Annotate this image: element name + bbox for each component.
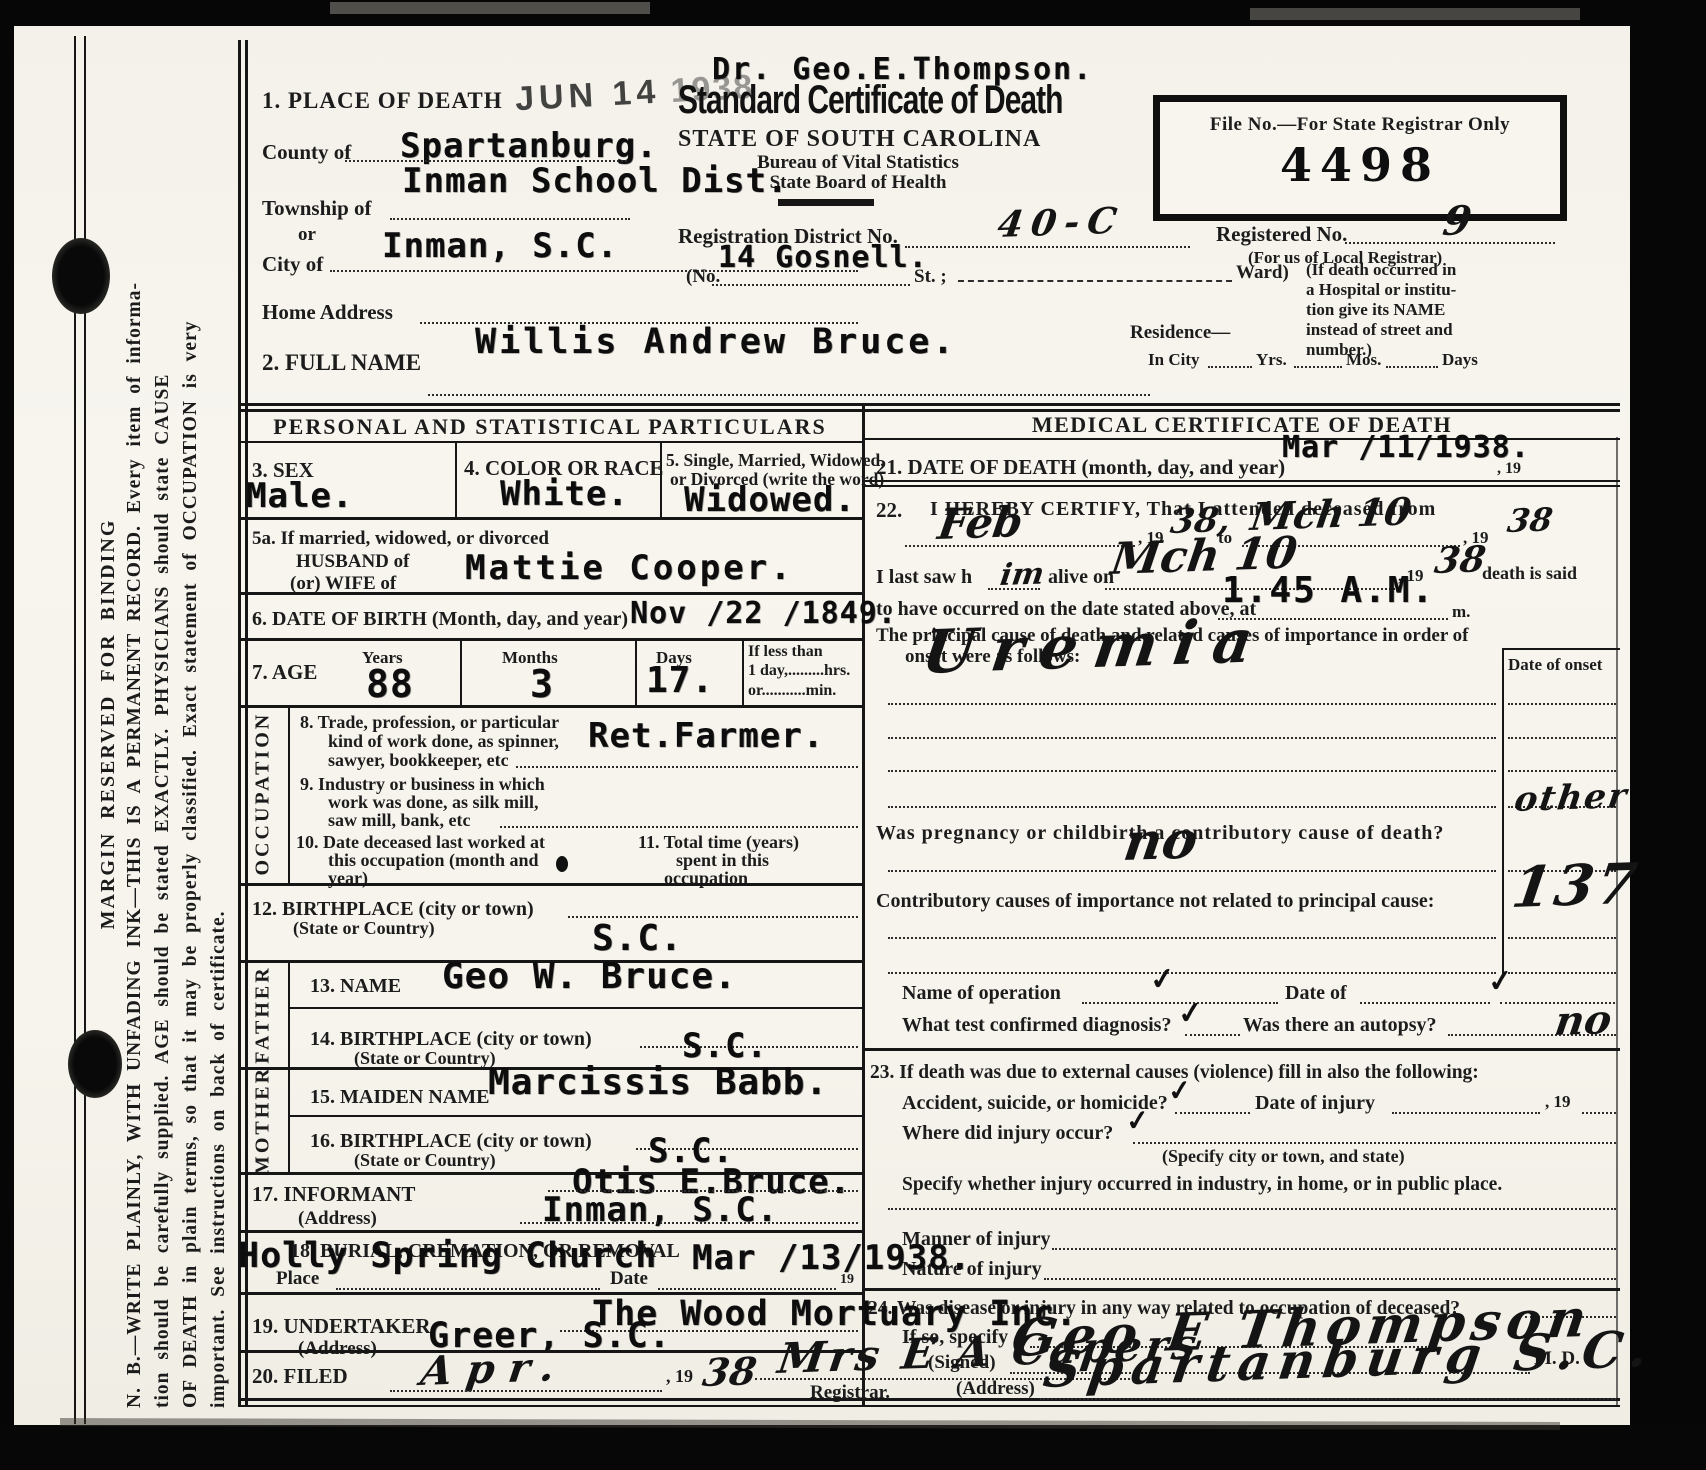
form-left-border <box>238 40 241 1406</box>
dotted-line <box>1392 1112 1540 1114</box>
sex-value: Male. <box>246 476 353 516</box>
age-years-value: 88 <box>366 662 414 706</box>
burial-place-value: Holly Spring Church <box>238 1236 657 1276</box>
st-label: St. ; <box>914 266 947 288</box>
city-label: City of <box>262 252 323 277</box>
dotted-line <box>1508 737 1616 739</box>
mother-side-label: MOTHER <box>252 1056 275 1186</box>
marital-label: 5. Single, Married, Widowed, <box>666 450 885 471</box>
to-year-value: 38 <box>1505 500 1555 540</box>
dotted-line <box>888 703 1496 705</box>
top-scan-smudge <box>330 2 650 14</box>
hospital-note-line: instead of street and <box>1306 320 1536 340</box>
hospital-note-line: (If death occurred in <box>1306 260 1536 280</box>
checkmark-icon: ✓ <box>1124 1103 1151 1139</box>
time-of-death-value: 1.45 A.M. <box>1222 570 1435 611</box>
m-label: m. <box>1452 602 1470 622</box>
mother-name-value: Marcissis Babb. <box>488 1062 828 1103</box>
last-saw-label: I last saw h <box>876 566 972 589</box>
mother-bp-sub-label: (State or Country) <box>354 1150 496 1171</box>
side-label-divider <box>288 960 290 1067</box>
dotted-line <box>390 1390 662 1392</box>
checkmark-icon: ✓ <box>1166 1073 1193 1109</box>
registration-district-value: 40-C <box>995 200 1127 246</box>
cell-divider <box>742 638 744 705</box>
margin-note-line: N. B.—WRITE PLAINLY, WITH UNFADING INK—T… <box>121 40 149 1408</box>
dotted-line <box>1052 1248 1616 1250</box>
certificate-title: Standard Certificate of Death <box>678 84 1038 118</box>
margin-note-line: important. See instructions on back of c… <box>205 40 233 1408</box>
checkmark-icon: ✓ <box>1486 963 1515 1000</box>
checkmark-icon: ✓ <box>1148 961 1177 998</box>
if-less-label3: or...........min. <box>748 682 836 700</box>
father-bp-value: S.C. <box>682 1026 768 1066</box>
dotted-line <box>336 1288 600 1290</box>
dotted-line <box>988 588 1040 590</box>
specify-city-label: (Specify city or town, and state) <box>1162 1146 1405 1167</box>
margin-note-line: OF DEATH in plain terms, so that it may … <box>177 40 205 1408</box>
birthplace-sub-label: (State or Country) <box>293 918 435 939</box>
certify-number: 22. <box>876 498 902 523</box>
rule <box>290 1115 862 1117</box>
place-of-death-label: 1. PLACE OF DEATH <box>262 88 503 114</box>
hospital-note: (If death occurred in a Hospital or inst… <box>1306 260 1536 360</box>
test-label: What test confirmed diagnosis? <box>902 1014 1171 1037</box>
onset-code-value: 137 <box>1508 851 1644 921</box>
marital-value: Widowed. <box>684 480 856 520</box>
address-signed-label: (Address) <box>956 1378 1035 1400</box>
dotted-line <box>658 1288 836 1290</box>
dotted-line <box>712 284 910 286</box>
file-number-label: File No.—For State Registrar Only <box>1160 114 1560 136</box>
rule <box>238 441 862 443</box>
cell-divider <box>460 638 462 705</box>
mother-name-label: 15. MAIDEN NAME <box>310 1086 489 1109</box>
ink-blot <box>556 856 568 872</box>
dotted-line <box>428 394 1150 396</box>
dotted-line <box>500 826 858 828</box>
personal-section-title: PERSONAL AND STATISTICAL PARTICULARS <box>238 414 862 440</box>
where-injury-label: Where did injury occur? <box>902 1122 1113 1145</box>
file-number-value: 4498 <box>1160 138 1560 192</box>
informant-label: 17. INFORMANT <box>252 1182 415 1207</box>
undertaker-addr-label: (Address) <box>298 1338 377 1360</box>
cell-divider <box>455 441 457 517</box>
city-value: Inman, S.C. <box>382 226 618 266</box>
dotted-line <box>1360 1002 1490 1004</box>
dotted-line <box>888 1208 1616 1210</box>
husband-of-label: HUSBAND of <box>296 551 409 573</box>
hospital-note-line: tion give its NAME <box>1306 300 1536 320</box>
registered-no-label: Registered No. <box>1216 222 1347 247</box>
form-right-border <box>1616 437 1618 1405</box>
full-name-label: 2. FULL NAME <box>262 350 421 376</box>
full-name-value: Willis Andrew Bruce. <box>475 322 956 362</box>
rule <box>290 1007 862 1009</box>
mos-label: Mos. <box>1346 350 1381 370</box>
attended-from-value: Feb <box>935 497 1026 549</box>
filed-label: 20. FILED <box>252 1364 348 1389</box>
file-number-box: File No.—For State Registrar Only 4498 <box>1153 95 1567 221</box>
father-bp-sub-label: (State or Country) <box>354 1048 496 1069</box>
dotted-line <box>1175 1112 1250 1114</box>
state-heading: STATE OF SOUTH CAROLINA <box>678 126 1038 153</box>
rule <box>238 1230 862 1233</box>
autopsy-answer: no <box>1552 996 1615 1045</box>
yrs-label: Yrs. <box>1256 350 1287 370</box>
occ8-label3: sawyer, bookkeeper, etc <box>328 750 509 771</box>
age-months-value: 3 <box>530 662 554 706</box>
cell-divider <box>635 638 637 705</box>
hospital-note-line: number.) <box>1306 340 1536 360</box>
date-of-onset-label: Date of onset <box>1508 655 1602 675</box>
binding-margin-title: MARGIN RESERVED FOR BINDING <box>95 40 121 1408</box>
dotted-line <box>1040 1398 1616 1400</box>
dotted-line <box>1508 770 1616 772</box>
filed-19-label: , 19 <box>666 1366 693 1387</box>
rule-thick <box>862 1048 1620 1051</box>
rule-thick <box>238 883 862 886</box>
date-of-death-value: Mar /11/1938. <box>1282 430 1530 465</box>
spouse-note-label: 5a. If married, widowed, or divorced <box>252 528 549 550</box>
section-divider-rule <box>238 403 1620 406</box>
pregnancy-answer: no <box>1120 810 1202 873</box>
dotted-line <box>516 766 858 768</box>
onset-box-top <box>1502 648 1620 650</box>
cell-divider <box>660 441 662 517</box>
residence-label: Residence— <box>1130 322 1230 344</box>
alive-on-label: alive on <box>1048 566 1114 589</box>
in-city-label: In City <box>1148 350 1199 370</box>
dotted-line <box>1185 1034 1240 1036</box>
school-district-value: Inman School Dist. <box>402 161 788 201</box>
dotted-line <box>1508 703 1616 705</box>
if-less-label1: If less than <box>748 643 823 661</box>
rule <box>862 480 1620 482</box>
dotted-line <box>1386 366 1438 368</box>
cause-of-death-value: Uremia <box>918 606 1273 688</box>
father-name-label: 13. NAME <box>310 975 401 998</box>
informant-addr-value: Inman, S.C. <box>542 1190 778 1230</box>
undertaker-label: 19. UNDERTAKER <box>252 1314 431 1339</box>
dotted-line <box>888 937 1496 939</box>
dob-value: Nov /22 /1849. <box>630 596 897 631</box>
specify-where-label: Specify whether injury occurred in indus… <box>902 1174 1502 1196</box>
scanned-death-certificate: MARGIN RESERVED FOR BINDING N. B.—WRITE … <box>0 0 1706 1470</box>
rule <box>238 592 862 595</box>
operation-date-label: Date of <box>1285 982 1347 1005</box>
dotted-line <box>1508 972 1616 974</box>
death-said-label: death is said <box>1482 563 1577 584</box>
checkmark-icon: ✓ <box>1176 995 1205 1032</box>
dotted-line <box>390 218 630 220</box>
hospital-note-line: a Hospital or institu- <box>1306 280 1536 300</box>
rule-thick <box>238 705 862 708</box>
race-value: White. <box>500 474 629 514</box>
margin-note-line: tion should be carefully supplied. AGE s… <box>149 40 177 1408</box>
occ8-label1: 8. Trade, profession, or particular <box>300 712 559 733</box>
occupation-side-label: OCCUPATION <box>252 716 275 876</box>
spouse-value: Mattie Cooper. <box>465 548 794 588</box>
dotted-line <box>905 246 1190 248</box>
injury-19-label: , 19 <box>1545 1092 1571 1112</box>
burial-date-value: Mar /13/1938. <box>692 1238 971 1278</box>
autopsy-label: Was there an autopsy? <box>1243 1014 1437 1037</box>
father-name-value: Geo W. Bruce. <box>442 956 737 997</box>
date-of-death-label: 21. DATE OF DEATH (month, day, and year) <box>876 455 1285 480</box>
injury-date-label: Date of injury <box>1255 1092 1375 1115</box>
header-bar <box>778 199 874 206</box>
home-address-label: Home Address <box>262 300 393 325</box>
if-less-label2: 1 day,.........hrs. <box>748 662 850 680</box>
dashed-line <box>958 280 1232 282</box>
binding-margin-note: MARGIN RESERVED FOR BINDING N. B.—WRITE … <box>95 40 233 1408</box>
dotted-line <box>1582 1112 1616 1114</box>
side-label-divider <box>288 1067 290 1172</box>
rule <box>862 485 1620 487</box>
filed-month-value: Apr. <box>418 1343 572 1395</box>
stamp-day: JUN 14 <box>514 73 661 119</box>
township-label: Township of <box>262 196 372 221</box>
birthplace-value: S.C. <box>592 918 683 959</box>
rule <box>238 638 862 641</box>
dotted-line <box>1294 366 1342 368</box>
informant-addr-label: (Address) <box>298 1208 377 1230</box>
side-label-divider <box>288 705 290 883</box>
contributory-label: Contributory causes of importance not re… <box>876 890 1434 913</box>
days-label: Days <box>1442 350 1478 370</box>
dotted-line <box>1133 1142 1616 1144</box>
form-bottom-border <box>238 1405 1620 1407</box>
dotted-line <box>520 1222 858 1224</box>
dotted-line <box>888 770 1496 772</box>
form-left-border <box>245 40 248 1406</box>
street-value: 14 Gosnell. <box>718 240 928 275</box>
dotted-line <box>888 972 1496 974</box>
dotted-line <box>1508 937 1616 939</box>
top-scan-smudge <box>1250 8 1580 20</box>
dotted-line <box>905 545 1135 547</box>
last-year-value: 38 <box>1432 538 1488 582</box>
occ9-label3: saw mill, bank, etc <box>328 810 471 831</box>
dotted-line <box>888 737 1496 739</box>
rule <box>238 517 862 520</box>
certificate-title-text: Standard Certificate of Death <box>678 79 1062 124</box>
occupation-value: Ret.Farmer. <box>588 716 824 756</box>
onset-entry-value: other <box>1512 776 1631 820</box>
age-label: 7. AGE <box>252 660 317 685</box>
county-label: County of <box>262 140 351 165</box>
dotted-line <box>888 806 1496 808</box>
filed-year-value: 38 <box>700 1348 760 1395</box>
dob-label: 6. DATE OF BIRTH (Month, day, and year) <box>252 608 628 631</box>
occ8-label2: kind of work done, as spinner, <box>328 731 559 752</box>
onset-box-left <box>1502 648 1504 978</box>
operation-label: Name of operation <box>902 982 1061 1005</box>
or-label: or <box>298 224 316 246</box>
ward-label: Ward) <box>1236 262 1289 284</box>
age-days-value: 17. <box>646 660 714 701</box>
dotted-line <box>1044 1278 1616 1280</box>
dotted-line <box>1208 366 1252 368</box>
bottom-scan-band <box>0 1425 1706 1470</box>
